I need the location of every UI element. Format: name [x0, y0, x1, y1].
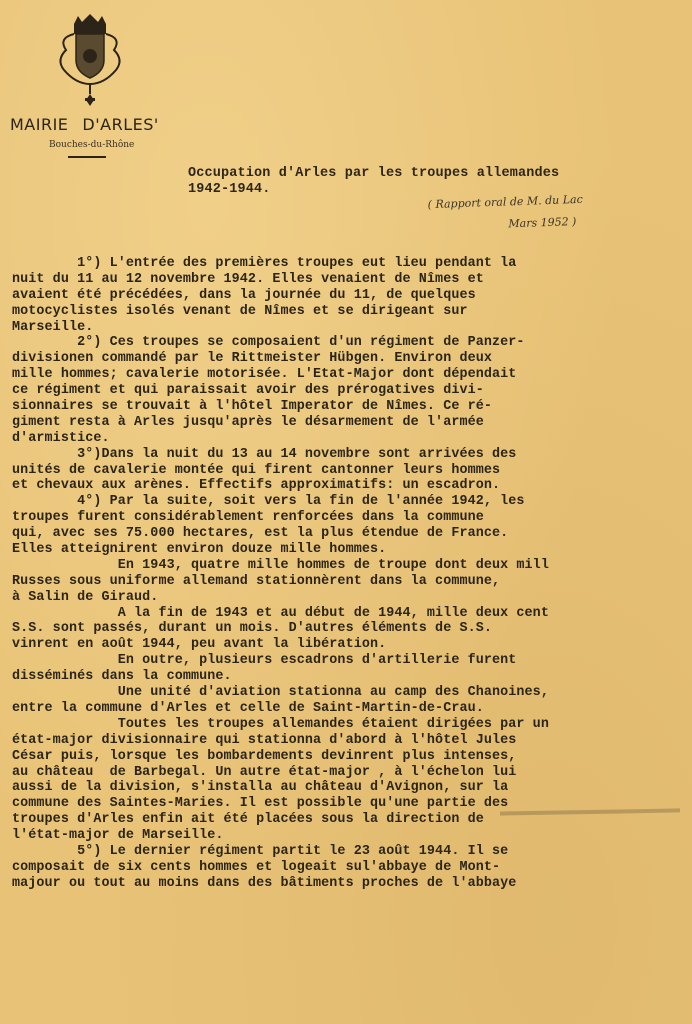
- institution-word-mairie: MAIRIE: [10, 115, 68, 134]
- text-line: 5°) Le dernier régiment partit le 23 aoû…: [12, 844, 692, 860]
- text-line: nuit du 11 au 12 novembre 1942. Elles ve…: [12, 272, 692, 288]
- text-line: S.S. sont passés, durant un mois. D'autr…: [12, 621, 692, 637]
- text-line: majour ou tout au moins dans des bâtimen…: [12, 876, 692, 892]
- text-line: En outre, plusieurs escadrons d'artiller…: [12, 653, 692, 669]
- text-line: A la fin de 1943 et au début de 1944, mi…: [12, 606, 692, 622]
- letterhead: MAIRIED'ARLES' Bouches-du-Rhône: [0, 0, 190, 160]
- text-line: troupes furent considérablement renforcé…: [12, 510, 692, 526]
- text-line: Toutes les troupes allemandes étaient di…: [12, 717, 692, 733]
- text-line: En 1943, quatre mille hommes de troupe d…: [12, 558, 692, 574]
- text-line: l'état-major de Marseille.: [12, 828, 692, 844]
- text-line: motocyclistes isolés venant de Nîmes et …: [12, 304, 692, 320]
- text-line: Elles atteignirent environ douze mille h…: [12, 542, 692, 558]
- text-line: unités de cavalerie montée qui firent ca…: [12, 463, 692, 479]
- text-line: vinrent en août 1944, peu avant la libér…: [12, 637, 692, 653]
- handwritten-annotation: ( Rapport oral de M. du Lac Mars 1952 ): [427, 186, 668, 238]
- handwritten-line: ( Rapport oral de M. du Lac: [427, 193, 583, 211]
- text-line: 3°)Dans la nuit du 13 au 14 novembre son…: [12, 447, 692, 463]
- department-label: Bouches-du-Rhône: [49, 140, 134, 150]
- text-line: à Salin de Giraud.: [12, 590, 692, 606]
- text-line: aussi de la division, s'installa au chât…: [12, 780, 692, 796]
- text-line: troupes d'Arles enfin ait été placées so…: [12, 812, 692, 828]
- document-body: 1°) L'entrée des premières troupes eut l…: [12, 256, 692, 892]
- text-line: état-major divisionnaire qui stationna d…: [12, 733, 692, 749]
- letterhead-divider: [68, 156, 106, 158]
- text-line: entre la commune d'Arles et celle de Sai…: [12, 701, 692, 717]
- text-line: 1°) L'entrée des premières troupes eut l…: [12, 256, 692, 272]
- text-line: et chevaux aux arènes. Effectifs approxi…: [12, 478, 692, 494]
- text-line: divisionen commandé par le Rittmeister H…: [12, 351, 692, 367]
- text-line: César puis, lorsque les bombardements de…: [12, 749, 692, 765]
- arles-coat-of-arms-icon: [52, 12, 128, 112]
- text-line: mille hommes; cavalerie motorisée. L'Eta…: [12, 367, 692, 383]
- text-line: Marseille.: [12, 320, 692, 336]
- text-line: avaient été précédées, dans la journée d…: [12, 288, 692, 304]
- text-line: giment resta à Arles jusqu'après le désa…: [12, 415, 692, 431]
- institution-word-arles: D'ARLES': [82, 115, 158, 134]
- text-line: sionnaires se trouvait à l'hôtel Imperat…: [12, 399, 692, 415]
- handwritten-date: Mars 1952 ): [428, 208, 669, 238]
- text-line: qui, avec ses 75.000 hectares, est la pl…: [12, 526, 692, 542]
- text-line: disséminés dans la commune.: [12, 669, 692, 685]
- text-line: 4°) Par la suite, soit vers la fin de l'…: [12, 494, 692, 510]
- text-line: 2°) Ces troupes se composaient d'un régi…: [12, 335, 692, 351]
- institution-name: MAIRIED'ARLES': [10, 115, 159, 134]
- text-line: d'armistice.: [12, 431, 692, 447]
- text-line: composait de six cents hommes et logeait…: [12, 860, 692, 876]
- text-line: Une unité d'aviation stationna au camp d…: [12, 685, 692, 701]
- title-line: Occupation d'Arles par les troupes allem…: [188, 166, 559, 182]
- text-line: au château de Barbegal. Un autre état-ma…: [12, 765, 692, 781]
- text-line: ce régiment et qui paraissait avoir des …: [12, 383, 692, 399]
- text-line: Russes sous uniforme allemand stationnèr…: [12, 574, 692, 590]
